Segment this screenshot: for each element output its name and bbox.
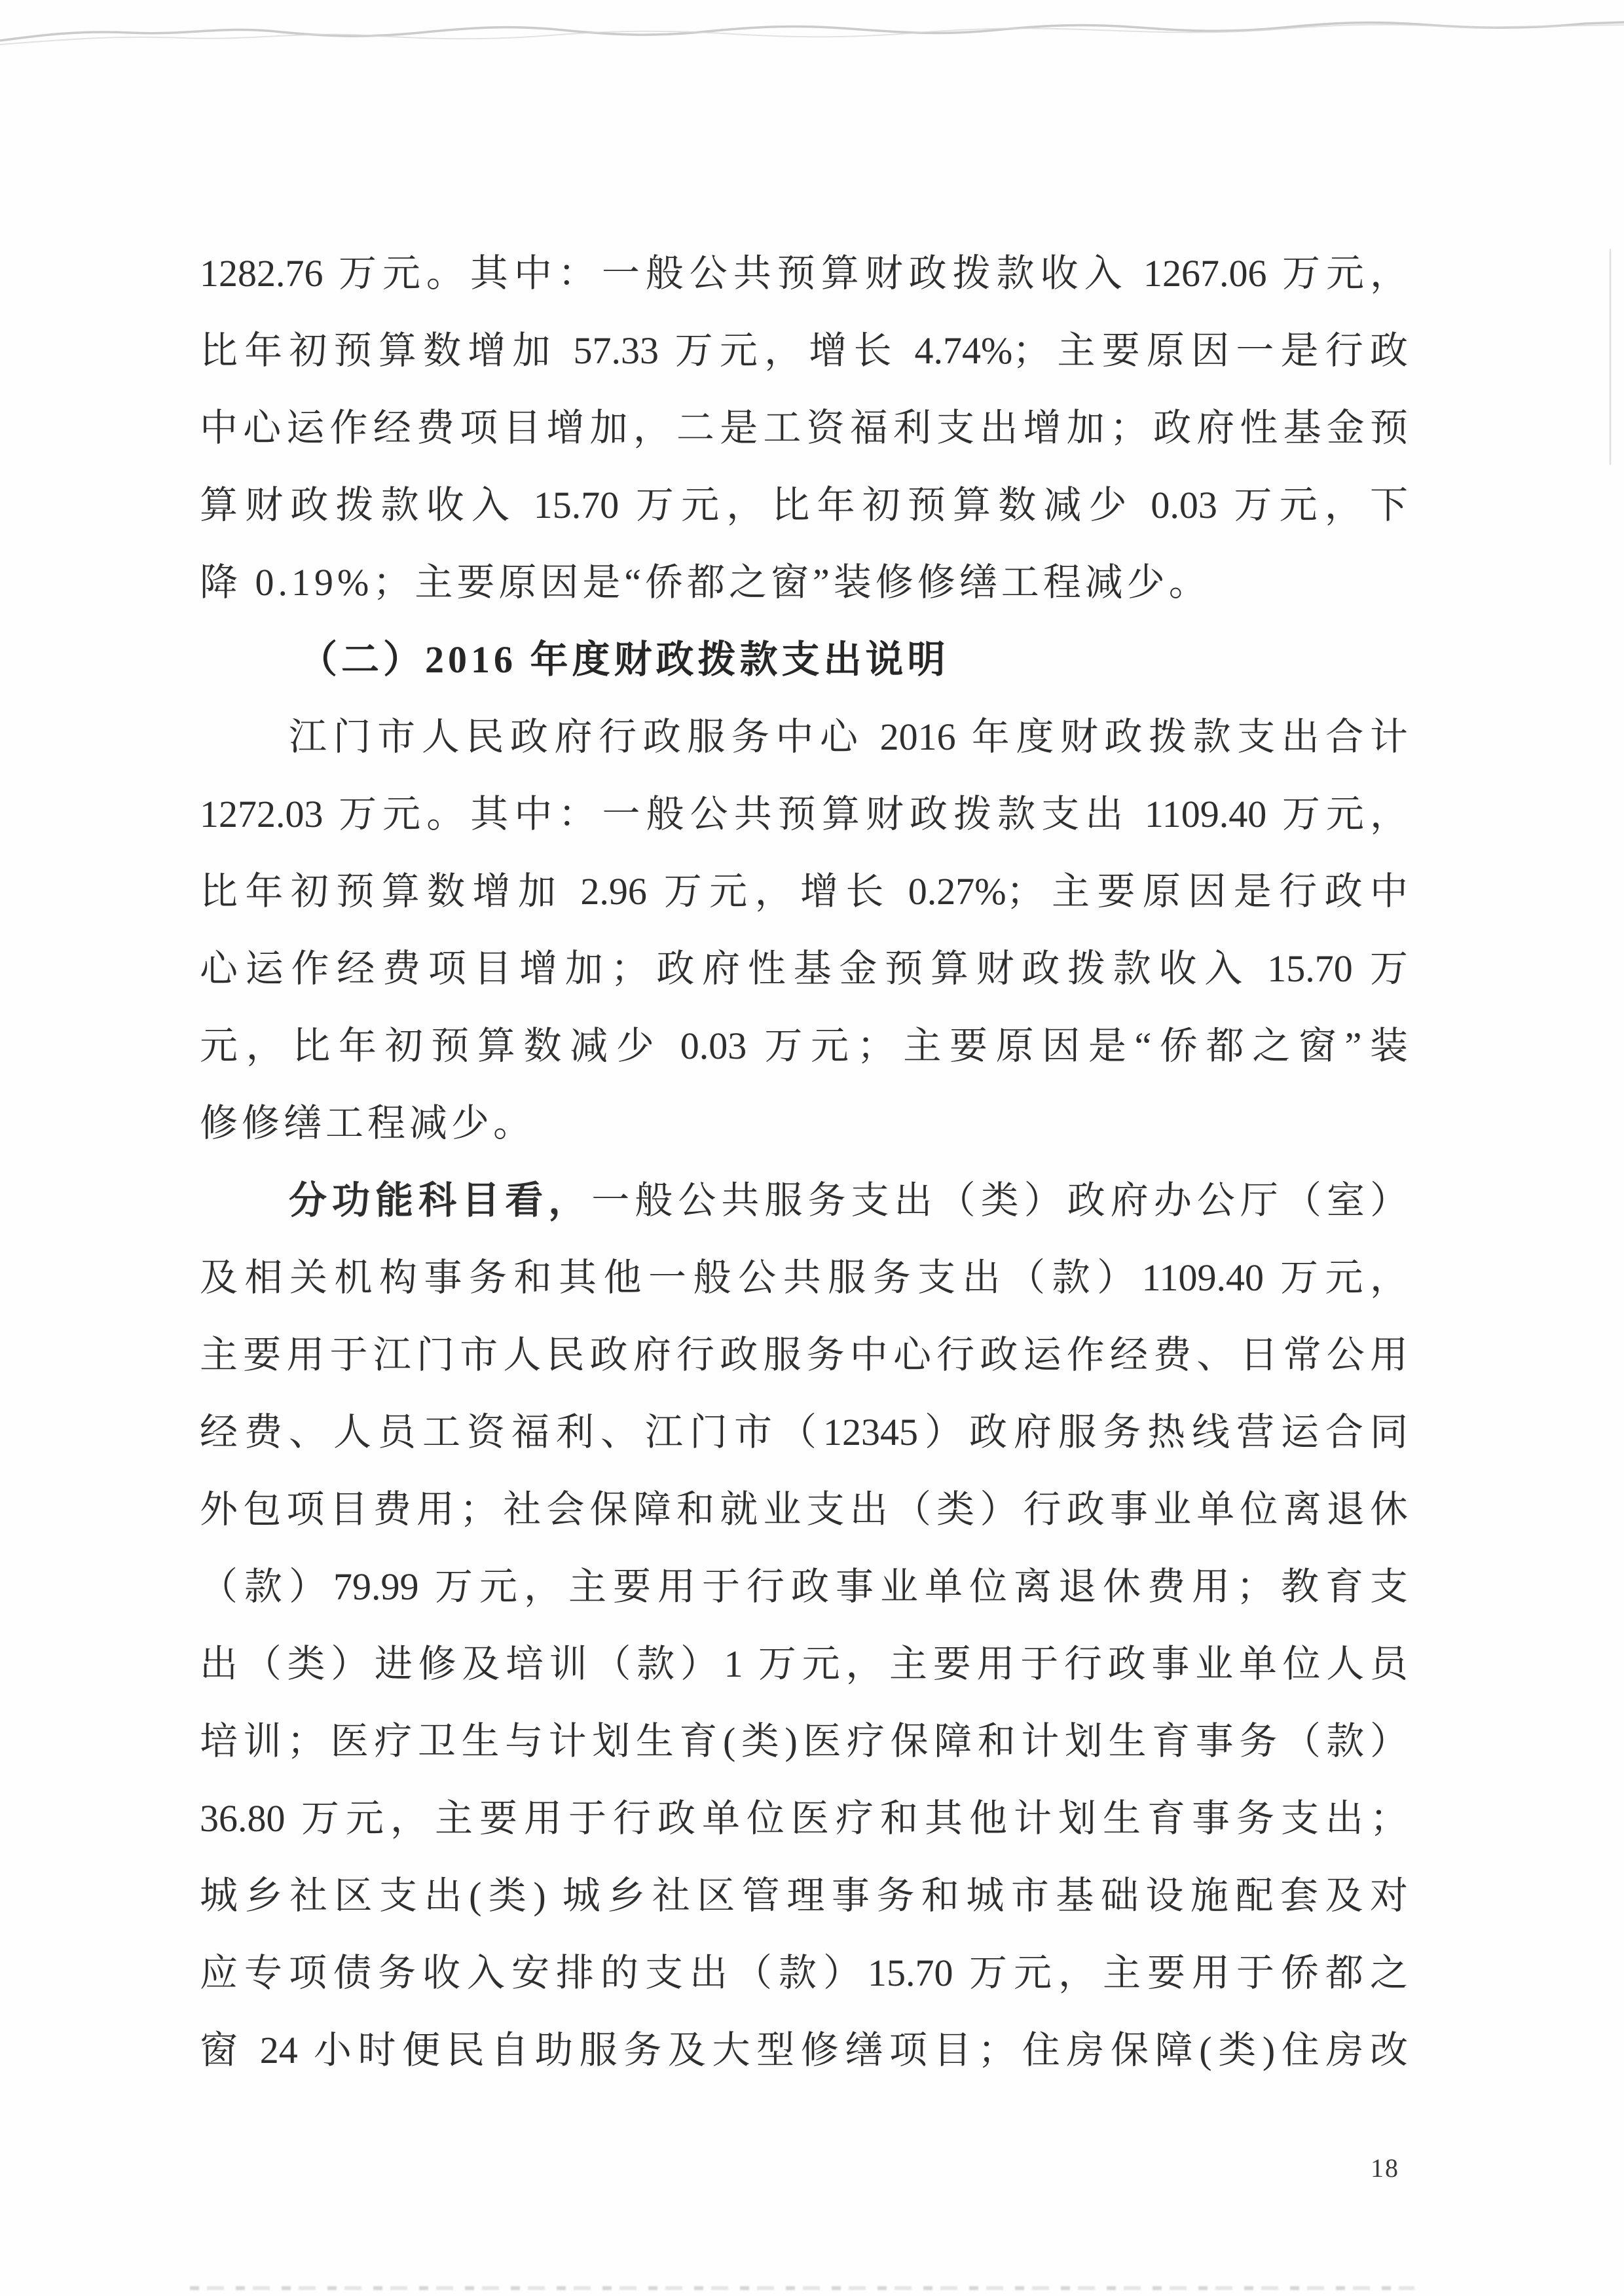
text-line: 主要用于江门市人民政府行政服务中心行政运作经费、日常公用	[200, 1317, 1408, 1394]
text-line: 分功能科目看，一般公共服务支出（类）政府办公厅（室）	[200, 1162, 1408, 1239]
text-line: 元，比年初预算数减少 0.03 万元；主要原因是“侨都之窗”装	[200, 1008, 1408, 1085]
scan-artifact-bottom	[190, 2286, 1414, 2290]
text-segment: 中心运作经费项目增加，二是工资福利支出增加；政府性基金预	[200, 407, 1408, 449]
text-segment: 出（类）进修及培训（款）1 万元，主要用于行政事业单位人员	[200, 1643, 1408, 1685]
scan-edge-artifact-top-icon	[0, 0, 1624, 72]
text-line: 及相关机构事务和其他一般公共服务支出（款）1109.40 万元，	[200, 1239, 1408, 1317]
text-line: 比年初预算数增加 57.33 万元，增长 4.74%；主要原因一是行政	[200, 312, 1408, 390]
text-line: 心运作经费项目增加；政府性基金预算财政拨款收入 15.70 万	[200, 930, 1408, 1008]
text-line: 降 0.19%；主要原因是“侨都之窗”装修修缮工程减少。	[200, 544, 1408, 621]
text-line: 1282.76 万元。其中：一般公共预算财政拨款收入 1267.06 万元，	[200, 235, 1408, 312]
text-segment: 主要用于江门市人民政府行政服务中心行政运作经费、日常公用	[200, 1334, 1408, 1376]
text-line: 城乡社区支出(类) 城乡社区管理事务和城市基础设施配套及对	[200, 1857, 1408, 1935]
text-segment: 及相关机构事务和其他一般公共服务支出（款）1109.40 万元，	[200, 1256, 1408, 1299]
text-segment: 1282.76 万元。其中：一般公共预算财政拨款收入 1267.06 万元，	[200, 252, 1408, 295]
document-page: 1282.76 万元。其中：一般公共预算财政拨款收入 1267.06 万元，比年…	[0, 0, 1624, 2296]
text-segment: 江门市人民政府行政服务中心 2016 年度财政拨款支出合计	[289, 716, 1408, 758]
text-segment: 降 0.19%；主要原因是“侨都之窗”装修修缮工程减少。	[200, 561, 1211, 604]
text-line: 1272.03 万元。其中：一般公共预算财政拨款支出 1109.40 万元，	[200, 776, 1408, 853]
text-segment: 修修缮工程减少。	[200, 1102, 535, 1144]
text-segment: 算财政拨款收入 15.70 万元，比年初预算数减少 0.03 万元，下	[200, 484, 1408, 526]
text-line: 外包项目费用；社会保障和就业支出（类）行政事业单位离退休	[200, 1471, 1408, 1548]
text-segment: （二）2016 年度财政拨款支出说明	[299, 638, 950, 681]
text-segment: 元，比年初预算数减少 0.03 万元；主要原因是“侨都之窗”装	[200, 1025, 1408, 1067]
text-line: 算财政拨款收入 15.70 万元，比年初预算数减少 0.03 万元，下	[200, 467, 1408, 544]
text-segment: 心运作经费项目增加；政府性基金预算财政拨款收入 15.70 万	[200, 947, 1408, 990]
text-segment: （款）79.99 万元，主要用于行政事业单位离退休费用；教育支	[200, 1565, 1408, 1608]
text-segment: 比年初预算数增加 2.96 万元，增长 0.27%；主要原因是行政中	[200, 870, 1408, 913]
text-line: 应专项债务收入安排的支出（款）15.70 万元，主要用于侨都之	[200, 1935, 1408, 2012]
text-line: 培训；医疗卫生与计划生育(类)医疗保障和计划生育事务（款）	[200, 1703, 1408, 1780]
text-segment: 应专项债务收入安排的支出（款）15.70 万元，主要用于侨都之	[200, 1952, 1408, 1994]
text-line: （二）2016 年度财政拨款支出说明	[200, 621, 1408, 699]
text-segment: 窗 24 小时便民自助服务及大型修缮项目；住房保障(类)住房改	[200, 2029, 1408, 2071]
text-segment: 外包项目费用；社会保障和就业支出（类）行政事业单位离退休	[200, 1488, 1408, 1531]
scan-artifact-right	[1610, 249, 1611, 465]
text-segment: 城乡社区支出(类) 城乡社区管理事务和城市基础设施配套及对	[200, 1874, 1408, 1917]
text-segment: 一般公共服务支出（类）政府办公厅（室）	[591, 1179, 1408, 1222]
text-line: 窗 24 小时便民自助服务及大型修缮项目；住房保障(类)住房改	[200, 2012, 1408, 2089]
page-number: 18	[1371, 2153, 1399, 2183]
text-segment-bold: 分功能科目看，	[289, 1179, 591, 1222]
text-line: 比年初预算数增加 2.96 万元，增长 0.27%；主要原因是行政中	[200, 853, 1408, 930]
text-line: 36.80 万元，主要用于行政单位医疗和其他计划生育事务支出；	[200, 1780, 1408, 1857]
text-segment: 36.80 万元，主要用于行政单位医疗和其他计划生育事务支出；	[200, 1797, 1408, 1840]
text-line: （款）79.99 万元，主要用于行政事业单位离退休费用；教育支	[200, 1548, 1408, 1626]
text-line: 经费、人员工资福利、江门市（12345）政府服务热线营运合同	[200, 1394, 1408, 1471]
text-line: 出（类）进修及培训（款）1 万元，主要用于行政事业单位人员	[200, 1626, 1408, 1703]
text-segment: 比年初预算数增加 57.33 万元，增长 4.74%；主要原因一是行政	[200, 329, 1408, 372]
text-block: 1282.76 万元。其中：一般公共预算财政拨款收入 1267.06 万元，比年…	[200, 235, 1408, 2089]
text-segment: 1272.03 万元。其中：一般公共预算财政拨款支出 1109.40 万元，	[200, 793, 1408, 835]
text-line: 江门市人民政府行政服务中心 2016 年度财政拨款支出合计	[200, 699, 1408, 776]
text-segment: 经费、人员工资福利、江门市（12345）政府服务热线营运合同	[200, 1411, 1408, 1453]
text-segment: 培训；医疗卫生与计划生育(类)医疗保障和计划生育事务（款）	[200, 1720, 1408, 1762]
text-line: 修修缮工程减少。	[200, 1085, 1408, 1162]
text-line: 中心运作经费项目增加，二是工资福利支出增加；政府性基金预	[200, 390, 1408, 467]
